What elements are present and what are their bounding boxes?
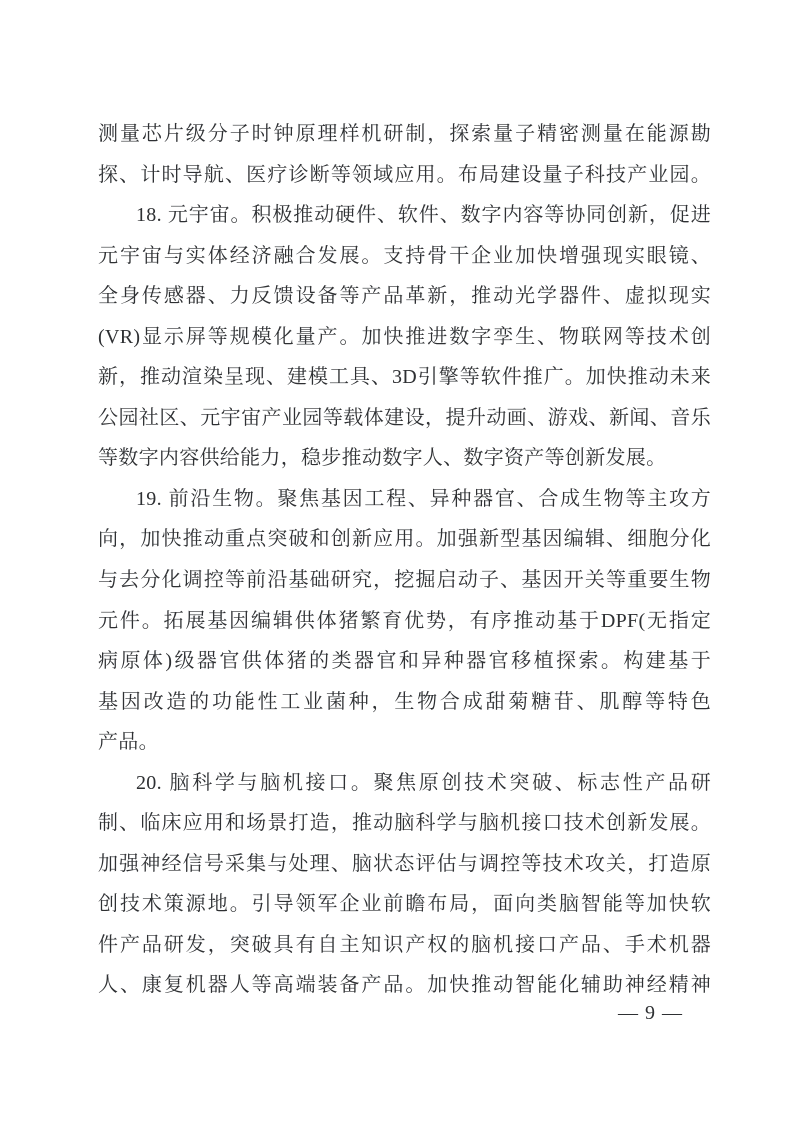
text-line: 元件。拓展基因编辑供体猪繁育优势，有序推动基于DPF(无指定: [98, 601, 711, 642]
text-line: 产品。: [98, 722, 711, 763]
text-line: 测量芯片级分子时钟原理样机研制，探索量子精密测量在能源勘: [98, 114, 711, 155]
text-line: 全身传感器、力反馈设备等产品革新，推动光学器件、虚拟现实: [98, 276, 711, 317]
text-line: 人、康复机器人等高端装备产品。加快推动智能化辅助神经精神: [98, 965, 711, 1006]
body-text: 测量芯片级分子时钟原理样机研制，探索量子精密测量在能源勘 探、计时导航、医疗诊断…: [98, 114, 711, 1006]
text-line: 与去分化调控等前沿基础研究，挖掘启动子、基因开关等重要生物: [98, 560, 711, 601]
text-line: 基因改造的功能性工业菌种，生物合成甜菊糖苷、肌醇等特色: [98, 682, 711, 723]
text-line: 等数字内容供给能力，稳步推动数字人、数字资产等创新发展。: [98, 438, 711, 479]
text-line: 加强神经信号采集与处理、脑状态评估与调控等技术攻关，打造原: [98, 844, 711, 885]
document-page: 测量芯片级分子时钟原理样机研制，探索量子精密测量在能源勘 探、计时导航、医疗诊断…: [0, 0, 794, 1123]
text-line: 元宇宙与实体经济融合发展。支持骨干企业加快增强现实眼镜、: [98, 236, 711, 277]
text-line: (VR)显示屏等规模化量产。加快推进数字孪生、物联网等技术创: [98, 317, 711, 358]
text-line: 病原体)级器官供体猪的类器官和异种器官移植探索。构建基于: [98, 641, 711, 682]
paragraph-19-first-line: 19. 前沿生物。聚焦基因工程、异种器官、合成生物等主攻方: [98, 479, 711, 520]
text-line: 创技术策源地。引导领军企业前瞻布局，面向类脑智能等加快软: [98, 884, 711, 925]
text-line: 制、临床应用和场景打造，推动脑科学与脑机接口技术创新发展。: [98, 803, 711, 844]
text-line: 件产品研发，突破具有自主知识产权的脑机接口产品、手术机器: [98, 925, 711, 966]
text-line: 探、计时导航、医疗诊断等领域应用。布局建设量子科技产业园。: [98, 155, 711, 196]
page-number: — 9 —: [618, 1002, 683, 1024]
text-line: 公园社区、元宇宙产业园等载体建设，提升动画、游戏、新闻、音乐: [98, 398, 711, 439]
paragraph-20-first-line: 20. 脑科学与脑机接口。聚焦原创技术突破、标志性产品研: [98, 763, 711, 804]
paragraph-18-first-line: 18. 元宇宙。积极推动硬件、软件、数字内容等协同创新，促进: [98, 195, 711, 236]
text-line: 向，加快推动重点突破和创新应用。加强新型基因编辑、细胞分化: [98, 519, 711, 560]
text-line: 新，推动渲染呈现、建模工具、3D引擎等软件推广。加快推动未来: [98, 357, 711, 398]
